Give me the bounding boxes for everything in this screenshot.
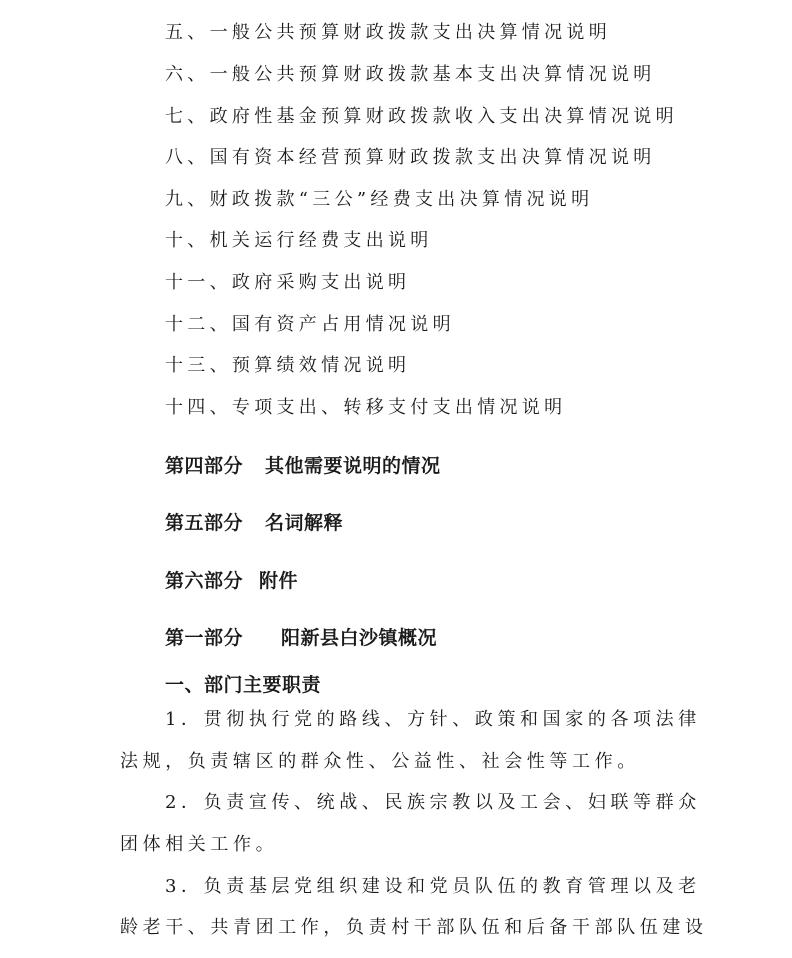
paragraph-2-line-2: 团体相关工作。 <box>120 833 278 857</box>
paragraph-2-line-1: 2．负责宣传、统战、民族宗教以及工会、妇联等群众 <box>165 791 701 815</box>
part-heading-1: 第一部分阳新县白沙镇概况 <box>165 626 437 650</box>
part-heading-5: 第五部分名词解释 <box>165 511 343 535</box>
section-heading: 一、部门主要职责 <box>165 673 321 697</box>
part-title: 名词解释 <box>265 512 343 534</box>
toc-item-13: 十三、预算绩效情况说明 <box>165 354 410 378</box>
paragraph-3-line-1: 3．负责基层党组织建设和党员队伍的教育管理以及老 <box>165 875 701 899</box>
part-heading-6: 第六部分附件 <box>165 569 298 593</box>
paragraph-1-line-1: 1．贯彻执行党的路线、方针、政策和国家的各项法律 <box>165 708 701 732</box>
part-title: 阳新县白沙镇概况 <box>281 627 437 649</box>
toc-item-9: 九、财政拨款“三公”经费支出决算情况说明 <box>165 188 593 212</box>
toc-item-11: 十一、政府采购支出说明 <box>165 271 410 295</box>
paragraph-1-line-2: 法规，负责辖区的群众性、公益性、社会性等工作。 <box>120 750 640 774</box>
part-number: 第一部分 <box>165 627 243 649</box>
part-title: 附件 <box>259 570 298 592</box>
part-number: 第六部分 <box>165 570 243 592</box>
part-heading-4: 第四部分其他需要说明的情况 <box>165 454 441 478</box>
toc-item-12: 十二、国有资产占用情况说明 <box>165 313 455 337</box>
part-title: 其他需要说明的情况 <box>265 455 441 477</box>
toc-item-5: 五、一般公共预算财政拨款支出决算情况说明 <box>165 21 611 45</box>
part-number: 第四部分 <box>165 455 243 477</box>
toc-item-6: 六、一般公共预算财政拨款基本支出决算情况说明 <box>165 63 656 87</box>
toc-item-7: 七、政府性基金预算财政拨款收入支出决算情况说明 <box>165 105 678 129</box>
toc-item-8: 八、国有资本经营预算财政拨款支出决算情况说明 <box>165 146 656 170</box>
toc-item-10: 十、机关运行经费支出说明 <box>165 229 433 253</box>
toc-item-14: 十四、专项支出、转移支付支出情况说明 <box>165 396 566 420</box>
part-number: 第五部分 <box>165 512 243 534</box>
paragraph-3-line-2: 龄老干、共青团工作，负责村干部队伍和后备干部队伍建设 <box>120 916 708 940</box>
